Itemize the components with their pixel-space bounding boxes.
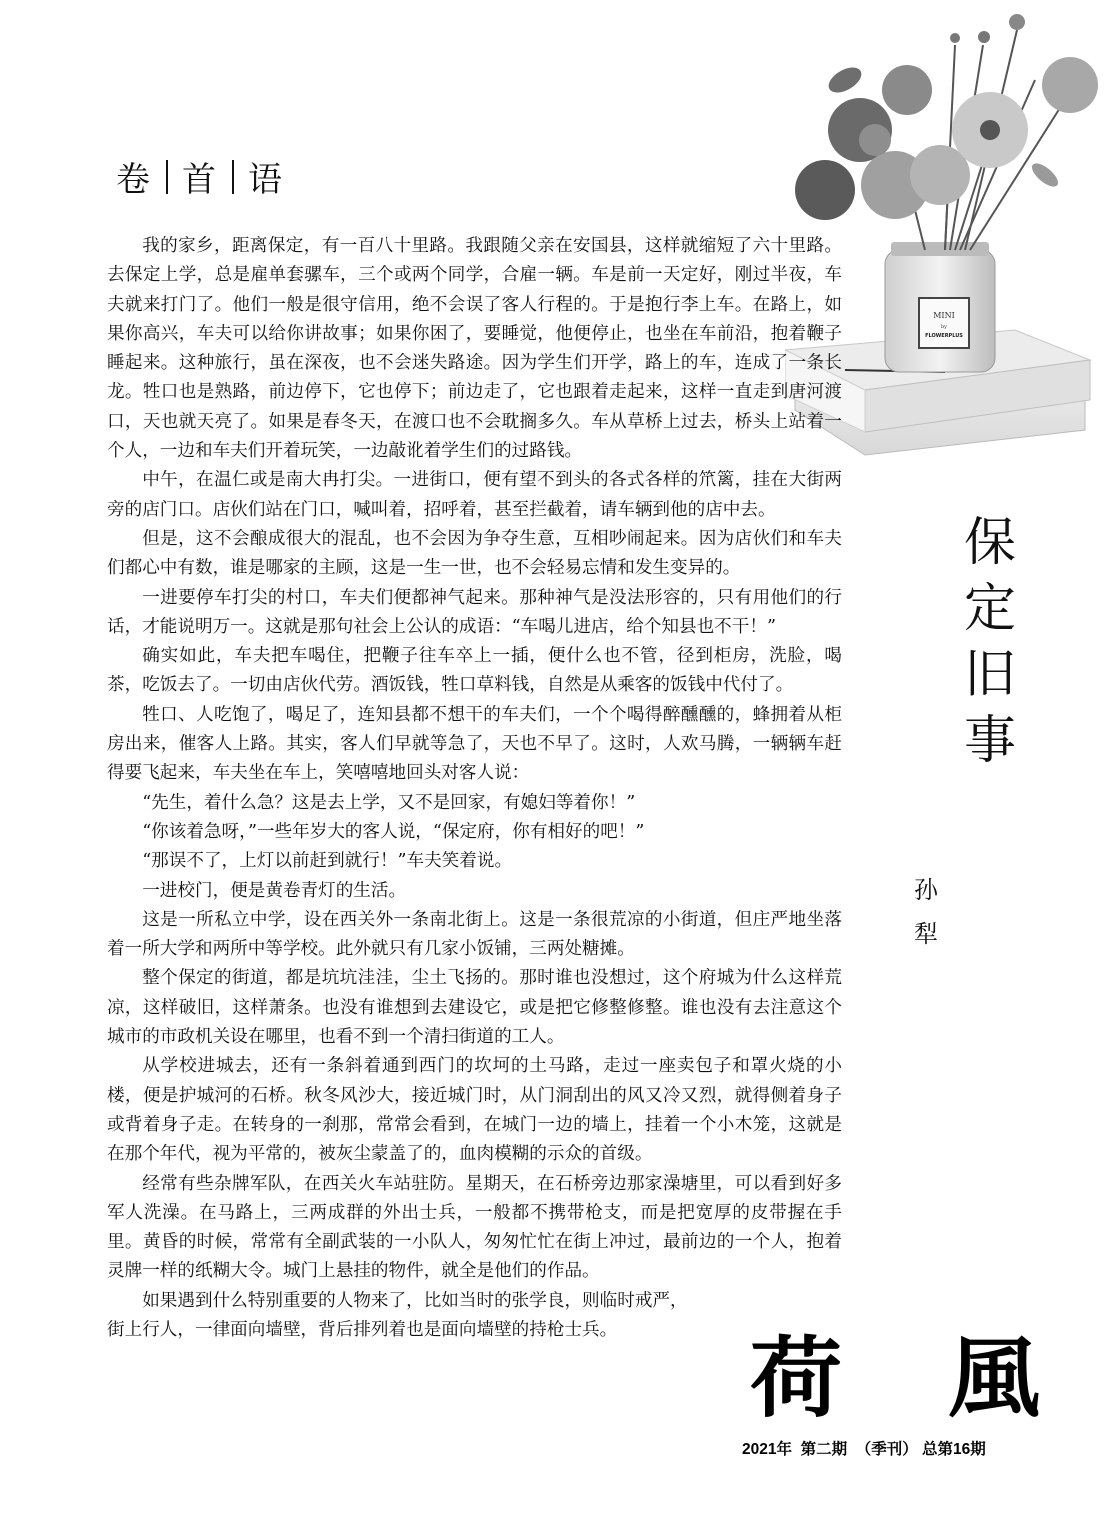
author-name: 孙 犁 — [906, 868, 946, 956]
paragraph: 一进校门，便是黄卷青灯的生活。 — [107, 877, 842, 906]
divider — [232, 160, 234, 194]
paragraph: 一进要停车打尖的村口，车夫们便都神气起来。那种神气是没法形容的，只有用他们的行话… — [107, 584, 842, 643]
magazine-masthead: 荷 風 — [750, 1330, 1040, 1426]
paragraph: “先生，着什么急？这是去上学，又不是回家，有媳妇等着你！” — [107, 789, 842, 818]
section-label: 卷 首 语 — [116, 152, 284, 201]
title-char: 事 — [955, 708, 1025, 774]
paragraph: “那误不了，上灯以前赶到就行！”车夫笑着说。 — [107, 847, 842, 876]
paragraph: 中午，在温仁或是南大冉打尖。一进街口，便有望不到头的各式各样的笊篱，挂在大街两旁… — [107, 466, 842, 525]
section-label-char: 首 — [182, 152, 218, 201]
paragraph: “你该着急呀，”一些年岁大的客人说，“保定府，你有相好的吧！” — [107, 818, 842, 847]
paragraph: 经常有些杂牌军队，在西关火车站驻防。星期天，在石桥旁边那家澡塘里，可以看到好多军… — [107, 1170, 842, 1287]
section-label-char: 语 — [248, 152, 284, 201]
paragraph: 整个保定的街道，都是坑坑洼洼，尘土飞扬的。那时谁也没想过，这个府城为什么这样荒凉… — [107, 964, 842, 1052]
jar-label: MINI — [933, 311, 955, 320]
masthead-char: 荷 — [750, 1332, 842, 1423]
title-char: 旧 — [955, 642, 1025, 708]
paragraph: 我的家乡，距离保定，有一百八十里路。我跟随父亲在安国县，这样就缩短了六十里路。去… — [107, 232, 842, 466]
article-body: 我的家乡，距离保定，有一百八十里路。我跟随父亲在安国县，这样就缩短了六十里路。去… — [107, 232, 842, 1345]
paragraph: 这是一所私立中学，设在西关外一条南北街上。这是一条很荒凉的小街道，但庄严地坐落着… — [107, 906, 842, 965]
paragraph: 但是，这不会酿成很大的混乱，也不会因为争夺生意，互相吵闹起来。因为店伙们和车夫们… — [107, 525, 842, 584]
paragraph: 牲口、人吃饱了，喝足了，连知县都不想干的车夫们，一个个喝得醉醺醺的，蜂拥着从柜房… — [107, 701, 842, 789]
article-title: 保 定 旧 事 — [955, 510, 1025, 774]
svg-text:by: by — [941, 324, 947, 330]
paragraph: 街上行人，一律面向墙壁，背后排列着也是面向墙壁的持枪士兵。 — [107, 1316, 842, 1345]
issue-info: 2021年 第二期 （季刊） 总第16期 — [742, 1437, 1042, 1459]
masthead-char: 風 — [948, 1332, 1040, 1423]
title-char: 保 — [955, 510, 1025, 576]
title-char: 定 — [955, 576, 1025, 642]
section-label-char: 卷 — [116, 152, 152, 201]
svg-text:FLOWERPLUS: FLOWERPLUS — [925, 333, 963, 339]
paragraph: 如果遇到什么特别重要的人物来了，比如当时的张学良，则临时戒严， — [107, 1287, 842, 1316]
author-char: 孙 — [906, 868, 946, 912]
paragraph: 从学校进城去，还有一条斜着通到西门的坎坷的土马路，走过一座卖包子和罩火烧的小楼，… — [107, 1052, 842, 1169]
paragraph: 确实如此，车夫把车喝住，把鞭子往车卒上一插，便什么也不管，径到柜房，洗脸，喝茶，… — [107, 642, 842, 701]
divider — [166, 160, 168, 194]
author-char: 犁 — [906, 912, 946, 956]
